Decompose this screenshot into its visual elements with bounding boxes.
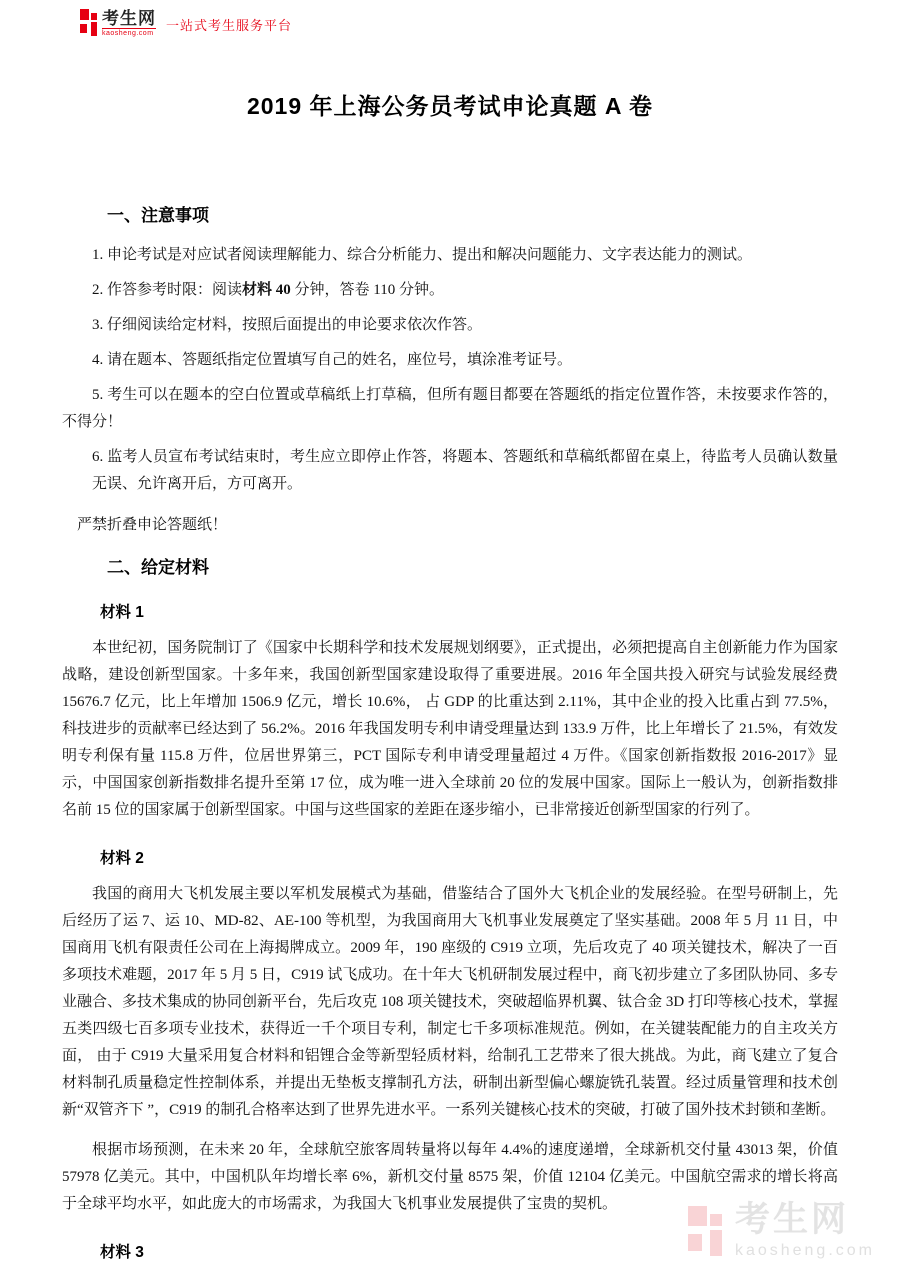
watermark-text: 考生网 kaosheng.com <box>735 1202 875 1259</box>
logo-block <box>91 13 97 19</box>
material-1-label: 材料 1 <box>100 600 838 622</box>
brand-header: 考生网 kaosheng.com 一站式考生服务平台 <box>80 9 292 37</box>
note-item-6: 6. 监考人员宣布考试结束时，考生应立即停止作答，将题本、答题纸和草稿纸都留在桌… <box>62 444 838 498</box>
section-heading-materials: 二、给定材料 <box>107 553 838 578</box>
brand-name: 考生网 <box>102 10 156 29</box>
watermark: 考生网 kaosheng.com <box>688 1202 875 1259</box>
material-2-label: 材料 2 <box>100 846 838 868</box>
note-item-4: 4. 请在题本、答题纸指定位置填写自己的姓名，座位号，填涂准考证号。 <box>62 347 838 374</box>
brand-domain: kaosheng.com <box>102 30 156 37</box>
exam-document-page: 考生网 kaosheng.com 一站式考生服务平台 2019 年上海公务员考试… <box>0 0 900 1273</box>
logo-block <box>710 1214 722 1225</box>
section-heading-notes: 一、注意事项 <box>107 201 838 226</box>
note-item-1: 1. 申论考试是对应试者阅读理解能力、综合分析能力、提出和解决问题能力、文字表达… <box>62 242 838 269</box>
watermark-brand-name: 考生网 <box>735 1202 875 1237</box>
material-2: 材料 2 我国的商用大飞机发展主要以军机发展模式为基础，借鉴结合了国外大飞机企业… <box>62 846 838 1218</box>
logo-block <box>710 1230 722 1256</box>
note-item-2: 2. 作答参考时限：阅读材料 40 分钟，答卷 110 分钟。 <box>62 277 838 304</box>
material-1-paragraph: 本世纪初，国务院制订了《国家中长期科学和技术发展规划纲要》，正式提出，必须把提高… <box>62 635 838 824</box>
logo-block <box>91 22 97 36</box>
page-title: 2019 年上海公务员考试申论真题 A 卷 <box>62 88 838 121</box>
note-item-5: 5. 考生可以在题本的空白位置或草稿纸上打草稿，但所有题目都要在答题纸的指定位置… <box>62 382 838 436</box>
document-body: 2019 年上海公务员考试申论真题 A 卷 一、注意事项 1. 申论考试是对应试… <box>0 42 900 1262</box>
kaosheng-watermark-logo-icon <box>688 1206 725 1258</box>
note-item-2-prefix: 2. 作答参考时限：阅读 <box>92 282 242 298</box>
material-2-paragraph: 我国的商用大飞机发展主要以军机发展模式为基础，借鉴结合了国外大飞机企业的发展经验… <box>62 881 838 1124</box>
material-1-paragraphs: 本世纪初，国务院制订了《国家中长期科学和技术发展规划纲要》，正式提出，必须把提高… <box>62 635 838 824</box>
note-item-3: 3. 仔细阅读给定材料，按照后面提出的申论要求依次作答。 <box>62 312 838 339</box>
notes-list: 1. 申论考试是对应试者阅读理解能力、综合分析能力、提出和解决问题能力、文字表达… <box>62 242 838 498</box>
kaosheng-logo-icon <box>80 9 98 37</box>
watermark-brand-domain: kaosheng.com <box>735 1243 875 1259</box>
logo-block <box>80 24 87 33</box>
note-warning: 严禁折叠申论答题纸！ <box>62 512 838 539</box>
brand-tagline: 一站式考生服务平台 <box>166 15 292 37</box>
material-1: 材料 1 本世纪初，国务院制订了《国家中长期科学和技术发展规划纲要》，正式提出，… <box>62 600 838 824</box>
note-item-2-bold: 材料 40 <box>242 282 291 298</box>
brand-text: 考生网 kaosheng.com <box>102 10 156 37</box>
material-2-paragraphs: 我国的商用大飞机发展主要以军机发展模式为基础，借鉴结合了国外大飞机企业的发展经验… <box>62 881 838 1218</box>
logo-block <box>80 9 89 20</box>
logo-block <box>688 1206 707 1226</box>
note-item-2-suffix: 分钟，答卷 110 分钟。 <box>291 282 444 298</box>
logo-block <box>688 1234 702 1251</box>
